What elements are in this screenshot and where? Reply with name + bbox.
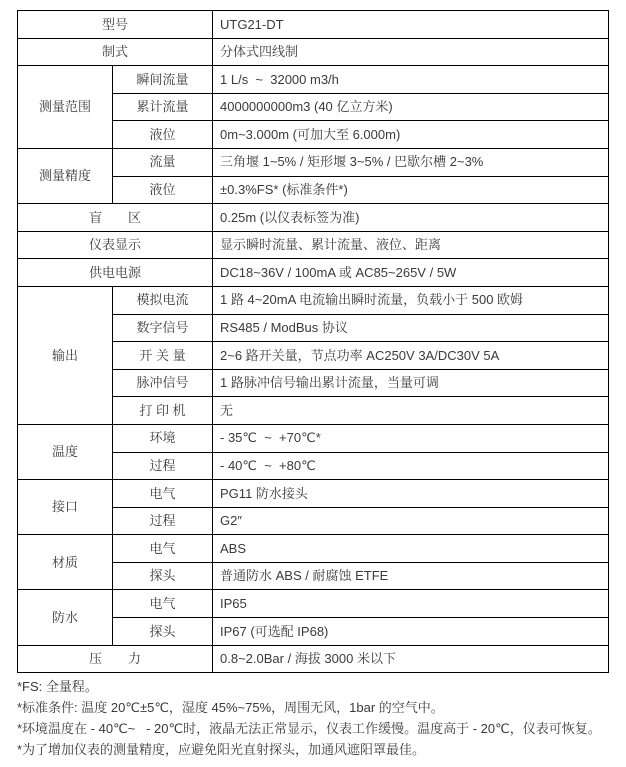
spec-sublabel-probe-waterproof: 探头 <box>113 618 213 646</box>
spec-value-level-accuracy: ±0.3%FS* (标准条件*) <box>213 176 609 204</box>
spec-label-display: 仪表显示 <box>18 231 213 259</box>
spec-value-printer: 无 <box>213 397 609 425</box>
spec-group-output: 输出 <box>18 286 113 424</box>
spec-group-measuring-range: 测量范围 <box>18 66 113 149</box>
spec-sublabel-level-accuracy: 液位 <box>113 176 213 204</box>
table-row: 型号 UTG21-DT <box>18 11 609 39</box>
spec-group-accuracy: 测量精度 <box>18 148 113 203</box>
footnote-accuracy-advice: *为了增加仪表的测量精度，应避免阳光直射探头，加通风遮阳罩最佳。 <box>17 739 622 760</box>
table-row: 温度 环境 - 35℃ ~ +70℃* <box>18 424 609 452</box>
spec-sublabel-total-flow: 累计流量 <box>113 93 213 121</box>
footnotes-section: *FS: 全量程。 *标准条件: 温度 20℃±5℃，湿度 45%~75%，周围… <box>17 676 622 760</box>
table-row: 压 力 0.8~2.0Bar / 海拔 3000 米以下 <box>18 645 609 673</box>
table-row: 材质 电气 ABS <box>18 535 609 563</box>
spec-group-temperature: 温度 <box>18 424 113 479</box>
spec-value-pressure: 0.8~2.0Bar / 海拔 3000 米以下 <box>213 645 609 673</box>
table-row: 防水 电气 IP65 <box>18 590 609 618</box>
table-row: 仪表显示 显示瞬时流量、累计流量、液位、距离 <box>18 231 609 259</box>
spec-sublabel-ambient-temp: 环境 <box>113 424 213 452</box>
spec-value-pulse-signal: 1 路脉冲信号输出累计流量，当量可调 <box>213 369 609 397</box>
table-row: 接口 电气 PG11 防水接头 <box>18 480 609 508</box>
table-row: 供电电源 DC18~36V / 100mA 或 AC85~265V / 5W <box>18 259 609 287</box>
footnote-standard-conditions: *标准条件: 温度 20℃±5℃，湿度 45%~75%，周围无风，1bar 的空… <box>17 697 622 718</box>
footnote-ambient-temperature: *环境温度在 - 40℃~ - 20℃时，液晶无法正常显示，仪表工作缓慢。温度高… <box>17 718 622 739</box>
spec-value-total-flow: 4000000000m3 (40 亿立方米) <box>213 93 609 121</box>
spec-label-power-supply: 供电电源 <box>18 259 213 287</box>
table-row: 盲 区 0.25m (以仪表标签为准) <box>18 204 609 232</box>
spec-sublabel-probe-material: 探头 <box>113 562 213 590</box>
spec-table-body: 型号 UTG21-DT 制式 分体式四线制 测量范围 瞬间流量 1 L/s ~ … <box>18 11 609 673</box>
spec-group-interface: 接口 <box>18 480 113 535</box>
spec-value-display: 显示瞬时流量、累计流量、液位、距离 <box>213 231 609 259</box>
spec-value-blind-zone: 0.25m (以仪表标签为准) <box>213 204 609 232</box>
spec-value-probe-waterproof: IP67 (可选配 IP68) <box>213 618 609 646</box>
spec-sublabel-flow-accuracy: 流量 <box>113 148 213 176</box>
table-row: 制式 分体式四线制 <box>18 38 609 66</box>
spec-value-power-supply: DC18~36V / 100mA 或 AC85~265V / 5W <box>213 259 609 287</box>
spec-sublabel-process-temp: 过程 <box>113 452 213 480</box>
spec-value-analog-current: 1 路 4~20mA 电流输出瞬时流量，负载小于 500 欧姆 <box>213 286 609 314</box>
spec-value-process-temp: - 40℃ ~ +80℃ <box>213 452 609 480</box>
spec-value-digital-signal: RS485 / ModBus 协议 <box>213 314 609 342</box>
spec-value-process-interface: G2″ <box>213 507 609 535</box>
spec-table: 型号 UTG21-DT 制式 分体式四线制 测量范围 瞬间流量 1 L/s ~ … <box>17 10 609 673</box>
spec-value-switch-output: 2~6 路开关量，节点功率 AC250V 3A/DC30V 5A <box>213 342 609 370</box>
spec-value-instant-flow: 1 L/s ~ 32000 m3/h <box>213 66 609 94</box>
spec-value-model: UTG21-DT <box>213 11 609 39</box>
spec-value-level-range: 0m~3.000m (可加大至 6.000m) <box>213 121 609 149</box>
spec-sublabel-digital-signal: 数字信号 <box>113 314 213 342</box>
spec-label-system-type: 制式 <box>18 38 213 66</box>
spec-label-model: 型号 <box>18 11 213 39</box>
spec-value-system-type: 分体式四线制 <box>213 38 609 66</box>
spec-sublabel-switch-output: 开 关 量 <box>113 342 213 370</box>
table-row: 测量精度 流量 三角堰 1~5% / 矩形堰 3~5% / 巴歇尔槽 2~3% <box>18 148 609 176</box>
spec-sublabel-electrical-waterproof: 电气 <box>113 590 213 618</box>
spec-group-waterproof: 防水 <box>18 590 113 645</box>
spec-label-pressure: 压 力 <box>18 645 213 673</box>
spec-sublabel-printer: 打 印 机 <box>113 397 213 425</box>
spec-value-probe-material: 普通防水 ABS / 耐腐蚀 ETFE <box>213 562 609 590</box>
table-row: 输出 模拟电流 1 路 4~20mA 电流输出瞬时流量，负载小于 500 欧姆 <box>18 286 609 314</box>
spec-sublabel-analog-current: 模拟电流 <box>113 286 213 314</box>
spec-label-blind-zone: 盲 区 <box>18 204 213 232</box>
spec-sublabel-process-interface: 过程 <box>113 507 213 535</box>
spec-value-flow-accuracy: 三角堰 1~5% / 矩形堰 3~5% / 巴歇尔槽 2~3% <box>213 148 609 176</box>
table-row: 测量范围 瞬间流量 1 L/s ~ 32000 m3/h <box>18 66 609 94</box>
spec-value-ambient-temp: - 35℃ ~ +70℃* <box>213 424 609 452</box>
spec-value-electrical-waterproof: IP65 <box>213 590 609 618</box>
spec-sublabel-housing-material: 电气 <box>113 535 213 563</box>
spec-sublabel-pulse-signal: 脉冲信号 <box>113 369 213 397</box>
footnote-fs: *FS: 全量程。 <box>17 676 622 697</box>
spec-value-housing-material: ABS <box>213 535 609 563</box>
spec-value-electrical-interface: PG11 防水接头 <box>213 480 609 508</box>
spec-sublabel-instant-flow: 瞬间流量 <box>113 66 213 94</box>
spec-group-material: 材质 <box>18 535 113 590</box>
spec-sublabel-level-range: 液位 <box>113 121 213 149</box>
spec-sublabel-electrical-interface: 电气 <box>113 480 213 508</box>
